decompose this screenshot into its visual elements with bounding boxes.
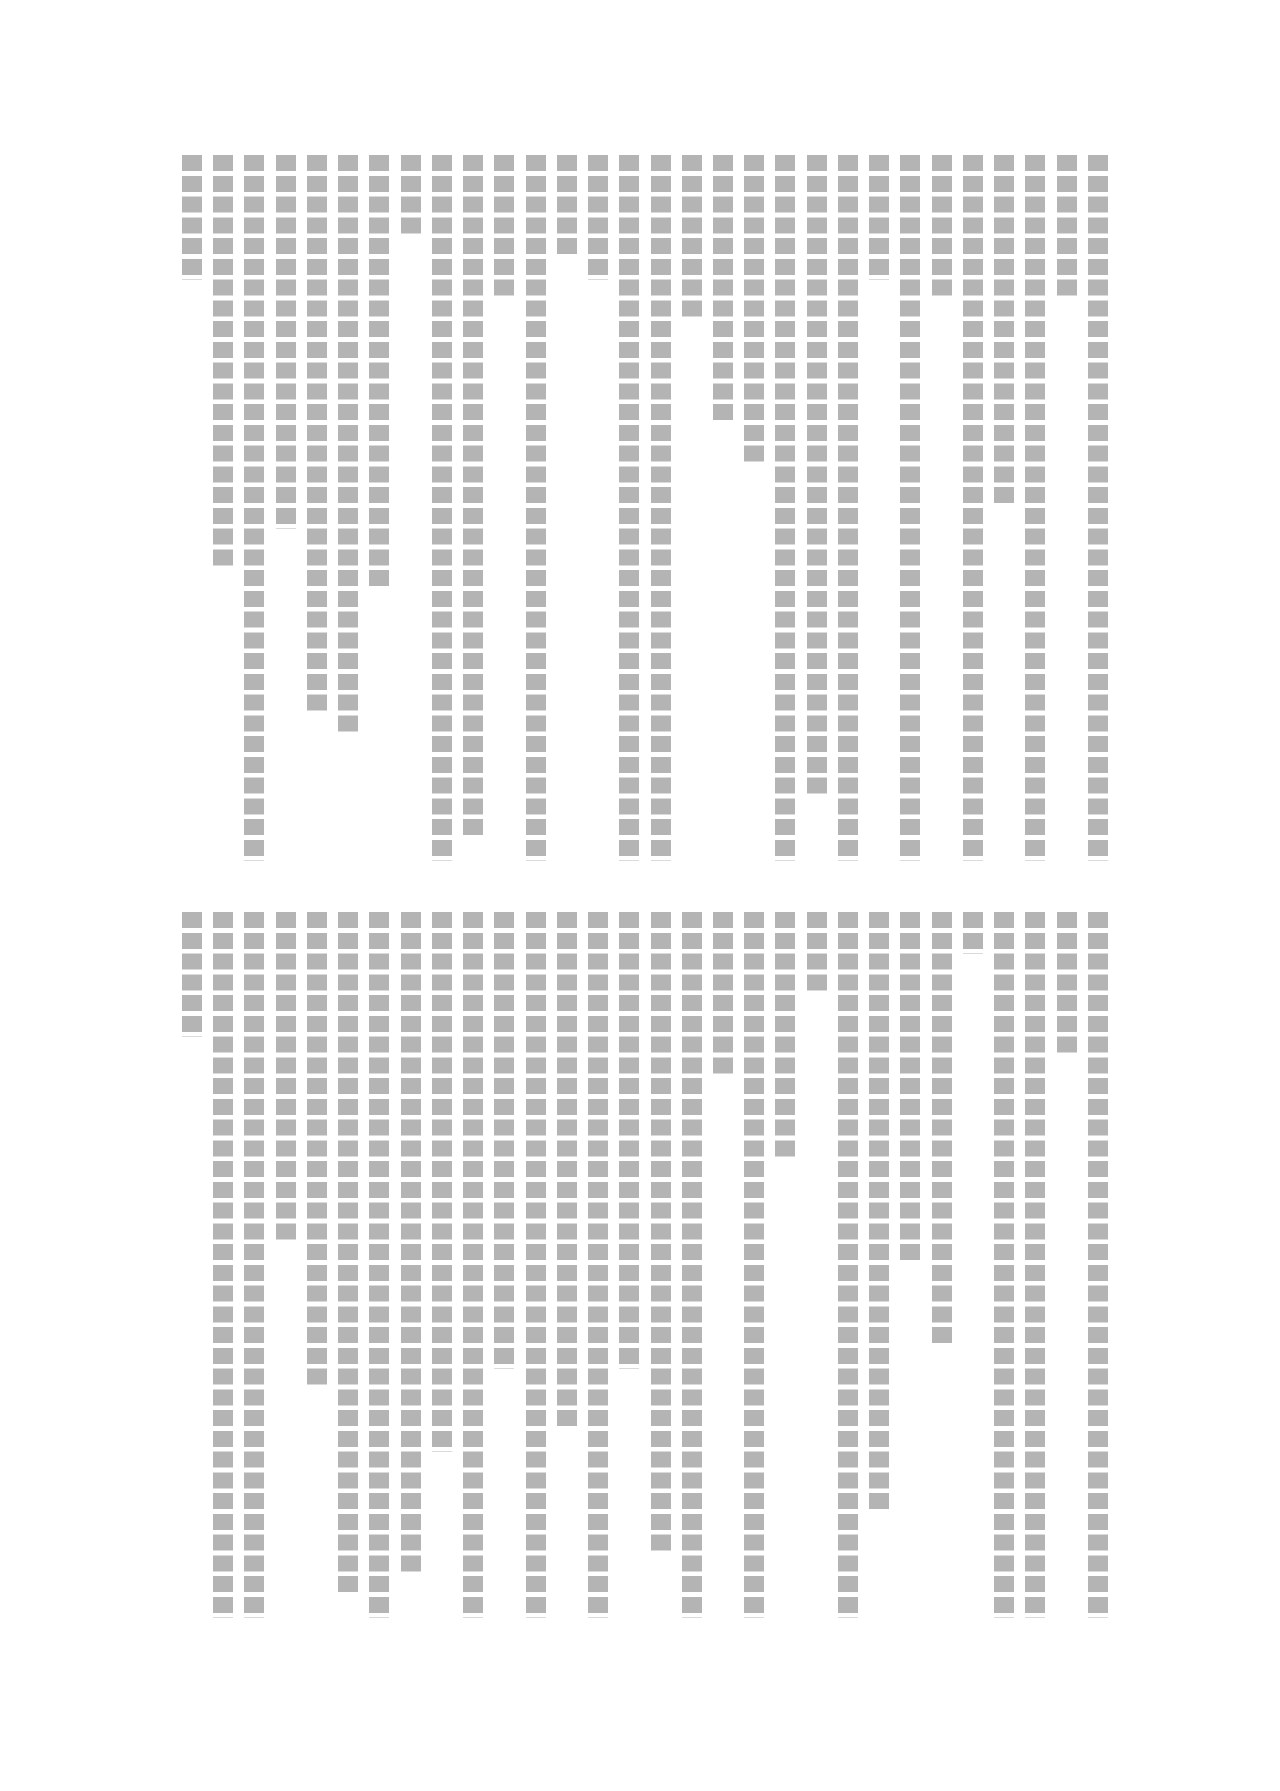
text-column-redacted (557, 912, 577, 1431)
text-column-redacted (869, 155, 889, 280)
text-column-redacted (651, 912, 671, 1555)
text-column-redacted (182, 155, 202, 280)
text-column-redacted (1057, 155, 1077, 300)
text-column-redacted (682, 155, 702, 321)
text-column-redacted (900, 155, 920, 861)
text-column-redacted (182, 912, 202, 1037)
text-column-redacted (526, 912, 546, 1618)
text-column-redacted (463, 155, 483, 840)
text-column-redacted (1025, 912, 1045, 1618)
text-column-redacted (494, 912, 514, 1369)
text-column-redacted (338, 912, 358, 1597)
text-column-redacted (900, 912, 920, 1265)
text-column-redacted (432, 912, 452, 1452)
text-column-redacted (744, 912, 764, 1618)
text-column-redacted (369, 912, 389, 1618)
text-column-redacted (369, 155, 389, 591)
text-column-redacted (838, 155, 858, 861)
text-column-redacted (838, 912, 858, 1618)
text-column-redacted (807, 912, 827, 995)
text-column-redacted (963, 155, 983, 861)
text-column-redacted (1057, 912, 1077, 1057)
text-column-redacted (588, 912, 608, 1618)
text-column-redacted (651, 155, 671, 861)
text-column-redacted (963, 912, 983, 954)
text-column-redacted (401, 155, 421, 238)
text-column-redacted (213, 912, 233, 1618)
text-column-redacted (526, 155, 546, 861)
text-column-redacted (619, 912, 639, 1369)
text-column-redacted (276, 155, 296, 529)
text-column-redacted (244, 912, 264, 1618)
text-column-redacted (807, 155, 827, 798)
text-column-redacted (932, 155, 952, 300)
text-column-redacted (744, 155, 764, 466)
text-column-redacted (1025, 155, 1045, 861)
text-column-redacted (338, 155, 358, 736)
text-column-redacted (619, 155, 639, 861)
text-column-redacted (432, 155, 452, 861)
text-column-redacted (494, 155, 514, 300)
text-column-redacted (557, 155, 577, 259)
text-column-redacted (682, 912, 702, 1618)
text-column-redacted (213, 155, 233, 570)
text-column-redacted (1088, 912, 1108, 1618)
text-column-redacted (713, 155, 733, 425)
text-column-redacted (775, 912, 795, 1161)
text-column-redacted (1088, 155, 1108, 861)
text-column-redacted (775, 155, 795, 861)
text-column-redacted (588, 155, 608, 280)
upper-tier (182, 155, 1108, 861)
text-column-redacted (994, 155, 1014, 508)
text-column-redacted (869, 912, 889, 1514)
text-column-redacted (276, 912, 296, 1244)
text-column-redacted (463, 912, 483, 1618)
text-column-redacted (932, 912, 952, 1348)
text-column-redacted (307, 155, 327, 715)
text-column-redacted (713, 912, 733, 1078)
lower-tier (182, 912, 1108, 1618)
text-column-redacted (307, 912, 327, 1389)
text-column-redacted (244, 155, 264, 861)
text-column-redacted (401, 912, 421, 1576)
text-column-redacted (994, 912, 1014, 1618)
